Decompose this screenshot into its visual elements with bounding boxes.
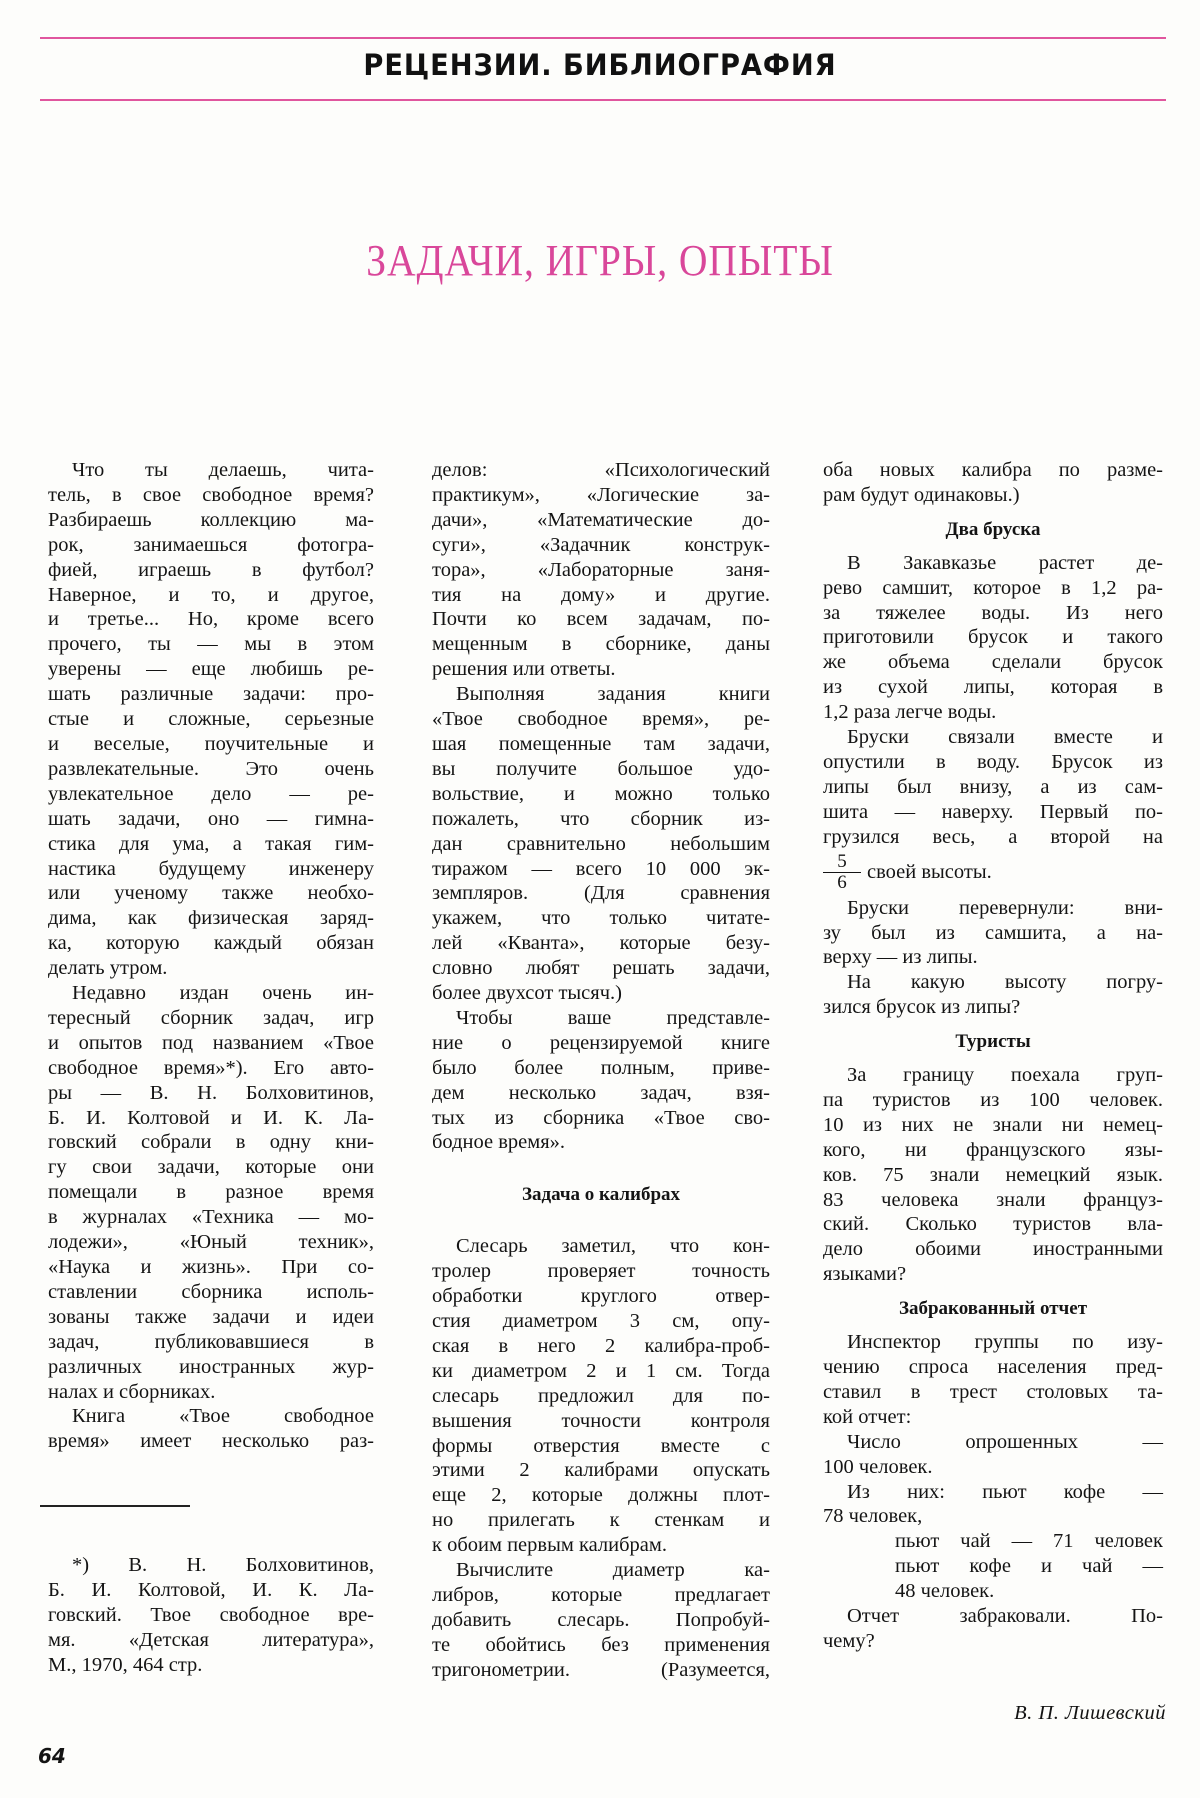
text-line: говский. Твое свободное вре- bbox=[48, 1603, 374, 1628]
text-line: было более полным, приве- bbox=[432, 1056, 770, 1081]
text-line: мещенным в сборнике, даны bbox=[432, 632, 770, 657]
text-line: тригонометрии. (Разумеется, bbox=[432, 1658, 770, 1683]
text-line: 83 человека знали француз- bbox=[823, 1188, 1163, 1213]
text-line: в журналах «Техника — мо- bbox=[48, 1205, 374, 1230]
fraction-denominator: 6 bbox=[837, 873, 847, 893]
text-line: Книга «Твое свободное bbox=[48, 1404, 374, 1429]
text-line: задач, публиковавшиеся в bbox=[48, 1330, 374, 1355]
text-line: лей «Кванта», которые безу- bbox=[432, 931, 770, 956]
text-line: Наверное, и то, и другое, bbox=[48, 583, 374, 608]
text-line: земпляров. (Для сравнения bbox=[432, 881, 770, 906]
text-line: В Закавказье растет де- bbox=[823, 551, 1163, 576]
problem-title-calibers: Задача о калибрах bbox=[432, 1183, 770, 1208]
text-line: за тяжелее воды. Из него bbox=[823, 601, 1163, 626]
text-line: Из них: пьют кофе — bbox=[823, 1480, 1163, 1505]
paragraph: Слесарь заметил, что кон-тролер проверяе… bbox=[432, 1234, 770, 1558]
text-line: более двухсот тысяч.) bbox=[432, 981, 770, 1006]
text-line: ка, которую каждый обязан bbox=[48, 931, 374, 956]
text-line: прочего, ты — мы в этом bbox=[48, 632, 374, 657]
text-line: верху — из липы. bbox=[823, 945, 1163, 970]
text-line: пьют чай — 71 человек bbox=[895, 1529, 1163, 1554]
text-line: ние о рецензируемой книге bbox=[432, 1031, 770, 1056]
paragraph: Бруски перевернули: вни-зу был из самшит… bbox=[823, 896, 1163, 971]
problem-title-tourists: Туристы bbox=[823, 1030, 1163, 1055]
text-line: Слесарь заметил, что кон- bbox=[432, 1234, 770, 1259]
column-2: делов: «Психологическийпрактикум», «Логи… bbox=[432, 458, 770, 1683]
text-line: увлекательное дело — ре- bbox=[48, 782, 374, 807]
text-line: тиражом — всего 10 000 эк- bbox=[432, 857, 770, 882]
text-line: стика для ума, а такая гим- bbox=[48, 832, 374, 857]
text-line: ставлении сборника исполь- bbox=[48, 1280, 374, 1305]
text-line: шать задачи, оно — гимна- bbox=[48, 807, 374, 832]
paragraph: В Закавказье растет де-рево самшит, кото… bbox=[823, 551, 1163, 725]
paragraph: Чтобы ваше представле-ние о рецензируемо… bbox=[432, 1006, 770, 1155]
text-line: Недавно издан очень ин- bbox=[48, 981, 374, 1006]
text-line: пожалеть, что сборник из- bbox=[432, 807, 770, 832]
text-line: шать различные задачи: про- bbox=[48, 682, 374, 707]
paragraph: На какую высоту погру-зился брусок из ли… bbox=[823, 970, 1163, 1020]
paragraph: Инспектор группы по изу-чению спроса нас… bbox=[823, 1330, 1163, 1430]
footnote-divider bbox=[40, 1505, 190, 1507]
text-line: рок, занимаешься фотогра- bbox=[48, 533, 374, 558]
text-line: ков. 75 знали немецкий язык. bbox=[823, 1163, 1163, 1188]
text-line: Число опрошенных — bbox=[823, 1430, 1163, 1455]
text-line: фией, играешь в футбол? bbox=[48, 558, 374, 583]
text-line: этими 2 калибрами опускать bbox=[432, 1458, 770, 1483]
text-line: 48 человек. bbox=[895, 1579, 1163, 1604]
text-line: грузился весь, а второй на bbox=[823, 825, 1163, 850]
text-line: Выполняя задания книги bbox=[432, 682, 770, 707]
text-line: и третье... Но, кроме всего bbox=[48, 607, 374, 632]
text-line: Инспектор группы по изу- bbox=[823, 1330, 1163, 1355]
text-line: делать утром. bbox=[48, 956, 374, 981]
text-line: За границу поехала груп- bbox=[823, 1063, 1163, 1088]
footnote: *) В. Н. Болховитинов,Б. И. Колтовой, И.… bbox=[48, 1553, 374, 1678]
text-line: липы был внизу, а из сам- bbox=[823, 775, 1163, 800]
text-line: налах и сборниках. bbox=[48, 1380, 374, 1405]
problem-title-two-bars: Два бруска bbox=[823, 518, 1163, 543]
text-line: Почти ко всем задачам, по- bbox=[432, 607, 770, 632]
paragraph: Число опрошенных —100 человек. bbox=[823, 1430, 1163, 1480]
text-line: тролер проверяет точность bbox=[432, 1259, 770, 1284]
text-line: но прилегать к стенкам и bbox=[432, 1508, 770, 1533]
text-line: рево самшит, которое в 1,2 ра- bbox=[823, 576, 1163, 601]
text-line: 10 из них не знали ни немец- bbox=[823, 1113, 1163, 1138]
problem-title-rejected-report: Забракованный отчет bbox=[823, 1297, 1163, 1322]
paragraph: Выполняя задания книги«Твое свободное вр… bbox=[432, 682, 770, 1006]
text-line: ки диаметром 2 и 1 см. Тогда bbox=[432, 1359, 770, 1384]
text-line: зованы также задачи и идеи bbox=[48, 1305, 374, 1330]
text-line: Разбираешь коллекцию ма- bbox=[48, 508, 374, 533]
text-line: языками? bbox=[823, 1262, 1163, 1287]
paragraph: Что ты делаешь, чита-тель, в свое свобод… bbox=[48, 458, 374, 981]
text-line: добавить слесарь. Попробуй- bbox=[432, 1608, 770, 1633]
text-line: говский собрали в одну кни- bbox=[48, 1130, 374, 1155]
text-line: из сухой липы, которая в bbox=[823, 675, 1163, 700]
paragraph: Недавно издан очень ин-тересный сборник … bbox=[48, 981, 374, 1404]
text-line: чению спроса населения пред- bbox=[823, 1355, 1163, 1380]
text-line: решения или ответы. bbox=[432, 657, 770, 682]
text-line: Вычислите диаметр ка- bbox=[432, 1558, 770, 1583]
text-line: гу свои задачи, которые они bbox=[48, 1155, 374, 1180]
text-line: вольствие, и можно только bbox=[432, 782, 770, 807]
text-line: суги», «Задачник конструк- bbox=[432, 533, 770, 558]
text-line: и веселые, поучительные и bbox=[48, 732, 374, 757]
header-rule-top bbox=[40, 37, 1166, 39]
author-signature: В. П. Лишевский bbox=[1014, 1702, 1166, 1725]
text-line: тых из сборника «Твое сво- bbox=[432, 1106, 770, 1131]
text-line: бодное время». bbox=[432, 1130, 770, 1155]
header-rule-bottom bbox=[40, 99, 1166, 101]
paragraph: оба новых калибра по разме-рам будут оди… bbox=[823, 458, 1163, 508]
text-line: ры — В. Н. Болховитинов, bbox=[48, 1081, 374, 1106]
paragraph: Отчет забраковали. По-чему? bbox=[823, 1604, 1163, 1654]
text-line: слесарь предложил для по- bbox=[432, 1384, 770, 1409]
text-line: Отчет забраковали. По- bbox=[823, 1604, 1163, 1629]
column-3: оба новых калибра по разме-рам будут оди… bbox=[823, 458, 1163, 1654]
text-line: тора», «Лабораторные заня- bbox=[432, 558, 770, 583]
text-line: тересный сборник задач, игр bbox=[48, 1006, 374, 1031]
text-line: формы отверстия вместе с bbox=[432, 1434, 770, 1459]
text-line: ставил в трест столовых та- bbox=[823, 1380, 1163, 1405]
paragraph: Из них: пьют кофе —78 человек, bbox=[823, 1480, 1163, 1530]
text-line: ская в него 2 калибра-проб- bbox=[432, 1334, 770, 1359]
text-line: либров, которые предлагает bbox=[432, 1583, 770, 1608]
text-line: тель, в свое свободное время? bbox=[48, 483, 374, 508]
text-line: шита — наверху. Первый по- bbox=[823, 800, 1163, 825]
text-line: пьют кофе и чай — bbox=[895, 1554, 1163, 1579]
text-line: дачи», «Математические до- bbox=[432, 508, 770, 533]
text-line: На какую высоту погру- bbox=[823, 970, 1163, 995]
text-line: те обойтись без применения bbox=[432, 1633, 770, 1658]
text-line: кой отчет: bbox=[823, 1405, 1163, 1430]
text-line: дима, как физическая заряд- bbox=[48, 906, 374, 931]
text-line: развлекательные. Это очень bbox=[48, 757, 374, 782]
report-list: пьют чай — 71 человекпьют кофе и чай —48… bbox=[823, 1529, 1163, 1604]
text-line: *) В. Н. Болховитинов, bbox=[48, 1553, 374, 1578]
fraction: 5 6 bbox=[823, 852, 861, 893]
text-line: Бруски перевернули: вни- bbox=[823, 896, 1163, 921]
text-line: кого, ни французского язы- bbox=[823, 1138, 1163, 1163]
text-line: дем несколько задач, взя- bbox=[432, 1081, 770, 1106]
text-line: время» имеет несколько раз- bbox=[48, 1429, 374, 1454]
text-line: шая помещенные там задачи, bbox=[432, 732, 770, 757]
text-line: уверены — еще любишь ре- bbox=[48, 657, 374, 682]
text-line: Б. И. Колтовой и И. К. Ла- bbox=[48, 1106, 374, 1131]
text-line: практикум», «Логические за- bbox=[432, 483, 770, 508]
text-line: дан сравнительно небольшим bbox=[432, 832, 770, 857]
text-line: словно любят решать задачи, bbox=[432, 956, 770, 981]
text-line: настика будущему инженеру bbox=[48, 857, 374, 882]
text-line: чему? bbox=[823, 1629, 1163, 1654]
text-line: мя. «Детская литература», bbox=[48, 1628, 374, 1653]
section-header: РЕЦЕНЗИИ. БИБЛИОГРАФИЯ bbox=[36, 48, 1164, 82]
text-line: зился брусок из липы? bbox=[823, 995, 1163, 1020]
text-line: М., 1970, 464 стр. bbox=[48, 1653, 374, 1678]
text-line: 78 человек, bbox=[823, 1504, 1163, 1529]
text-line: 1,2 раза легче воды. bbox=[823, 700, 1163, 725]
text-line: различных иностранных жур- bbox=[48, 1355, 374, 1380]
text-line: обработки круглого отвер- bbox=[432, 1284, 770, 1309]
text-line: 100 человек. bbox=[823, 1455, 1163, 1480]
text-line: Б. И. Колтовой, И. К. Ла- bbox=[48, 1578, 374, 1603]
text-line: дело обоими иностранными bbox=[823, 1237, 1163, 1262]
fraction-trailing-text: своей высоты. bbox=[867, 860, 992, 885]
fraction-line: 5 6 своей высоты. bbox=[823, 850, 1163, 896]
paragraph: Бруски связали вместе иопустили в воду. … bbox=[823, 725, 1163, 850]
text-line: рам будут одинаковы.) bbox=[823, 483, 1163, 508]
text-line: «Твое свободное время», ре- bbox=[432, 707, 770, 732]
text-line: стые и сложные, серьезные bbox=[48, 707, 374, 732]
footnote-text: *) В. Н. Болховитинов,Б. И. Колтовой, И.… bbox=[48, 1553, 374, 1678]
text-line: Чтобы ваше представле- bbox=[432, 1006, 770, 1031]
article-title: ЗАДАЧИ, ИГРЫ, ОПЫТЫ bbox=[60, 235, 1140, 286]
text-line: же объема сделали брусок bbox=[823, 650, 1163, 675]
text-line: «Наука и жизнь». При со- bbox=[48, 1255, 374, 1280]
text-line: тия на дому» и другие. bbox=[432, 583, 770, 608]
paragraph: Книга «Твое свободноевремя» имеет нескол… bbox=[48, 1404, 374, 1454]
text-line: помещали в разное время bbox=[48, 1180, 374, 1205]
text-line: Что ты делаешь, чита- bbox=[48, 458, 374, 483]
paragraph: Вычислите диаметр ка-либров, которые пре… bbox=[432, 1558, 770, 1683]
text-line: еще 2, которые должны плот- bbox=[432, 1483, 770, 1508]
paragraph: За границу поехала груп-па туристов из 1… bbox=[823, 1063, 1163, 1287]
text-line: делов: «Психологический bbox=[432, 458, 770, 483]
text-line: лодежи», «Юный техник», bbox=[48, 1230, 374, 1255]
text-line: зу был из самшита, а на- bbox=[823, 921, 1163, 946]
text-line: па туристов из 100 человек. bbox=[823, 1088, 1163, 1113]
text-line: опустили в воду. Брусок из bbox=[823, 750, 1163, 775]
text-line: приготовили брусок и такого bbox=[823, 625, 1163, 650]
column-1: Что ты делаешь, чита-тель, в свое свобод… bbox=[48, 458, 374, 1454]
text-line: оба новых калибра по разме- bbox=[823, 458, 1163, 483]
text-line: ский. Сколько туристов вла- bbox=[823, 1212, 1163, 1237]
text-line: и опытов под названием «Твое bbox=[48, 1031, 374, 1056]
paragraph: делов: «Психологическийпрактикум», «Логи… bbox=[432, 458, 770, 682]
text-line: стия диаметром 3 см, опу- bbox=[432, 1309, 770, 1334]
text-line: свободное время»*). Его авто- bbox=[48, 1056, 374, 1081]
text-line: укажем, что только читате- bbox=[432, 906, 770, 931]
page-number: 64 bbox=[38, 1744, 66, 1768]
text-line: Бруски связали вместе и bbox=[823, 725, 1163, 750]
fraction-numerator: 5 bbox=[823, 852, 861, 873]
text-line: вышения точности контроля bbox=[432, 1409, 770, 1434]
text-line: к обоим первым калибрам. bbox=[432, 1533, 770, 1558]
text-line: или ученому также необхо- bbox=[48, 881, 374, 906]
text-line: вы получите большое удо- bbox=[432, 757, 770, 782]
